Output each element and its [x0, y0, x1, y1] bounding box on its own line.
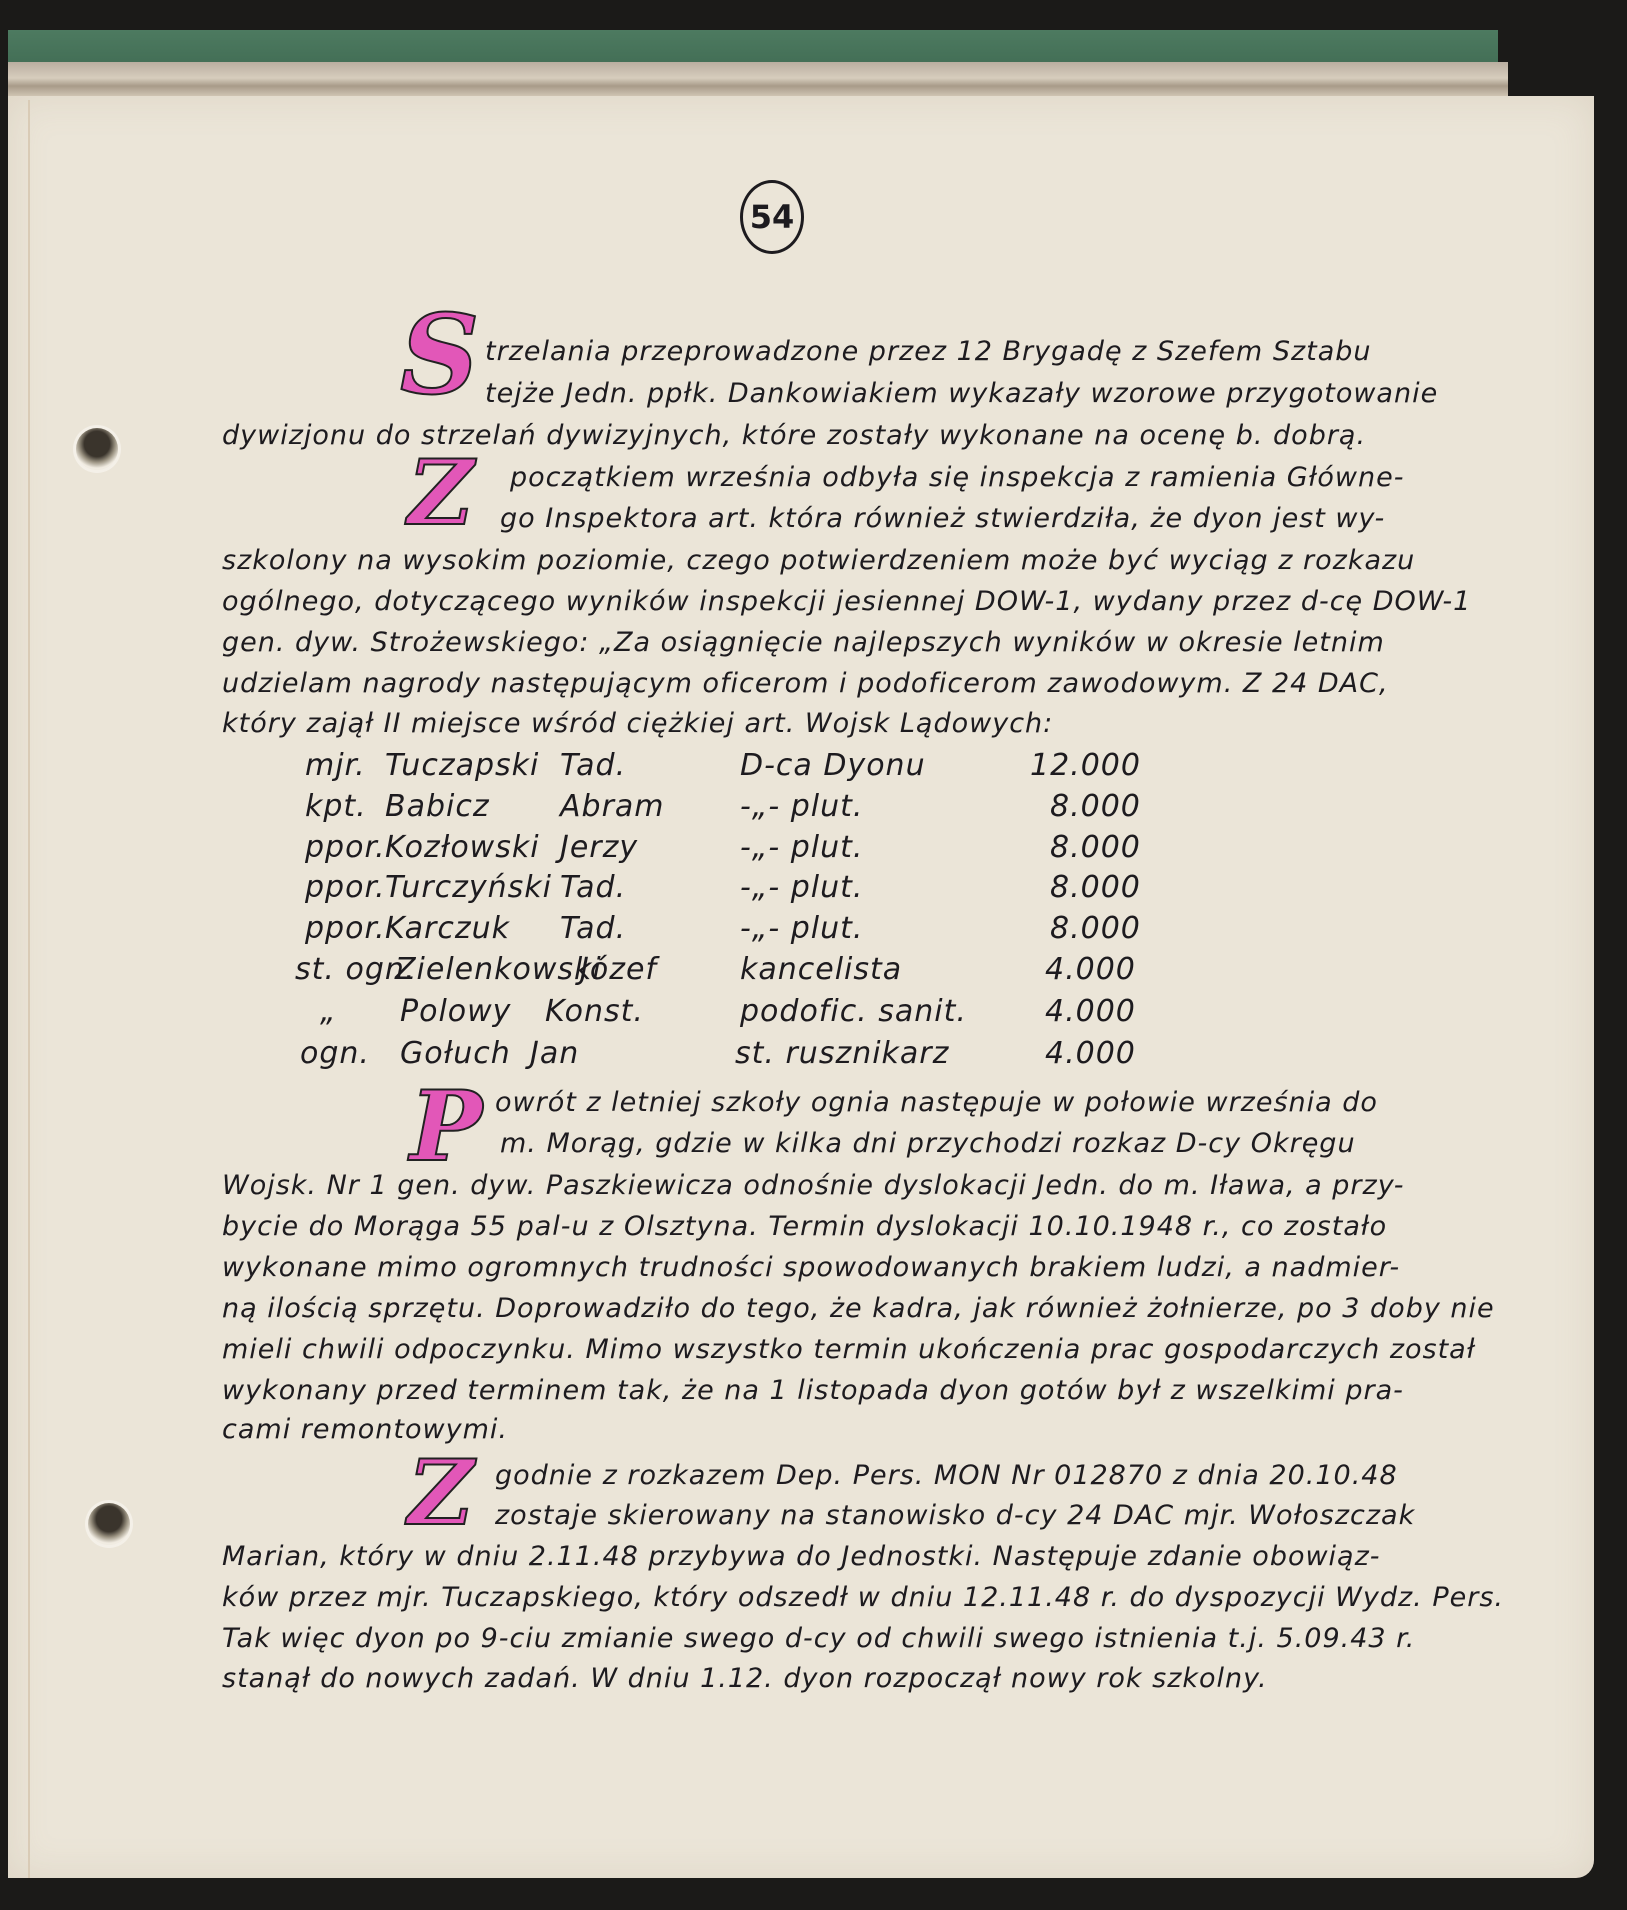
paragraph-line: Tak więc dyon po 9-ciu zmianie swego d-c… — [222, 1623, 1415, 1654]
first-name-cell: Abram — [560, 789, 665, 824]
first-name-cell: Tad. — [560, 870, 626, 905]
paragraph-line: Marian, który w dniu 2.11.48 przybywa do… — [222, 1541, 1381, 1572]
paragraph-line: zostaje skierowany na stanowisko d-cy 24… — [495, 1500, 1415, 1531]
rank-cell: ppor. — [305, 870, 386, 905]
rank-cell: ogn. — [300, 1036, 370, 1071]
first-name-cell: Jerzy — [560, 830, 638, 865]
paragraph-line: początkiem września odbyła się inspekcja… — [510, 462, 1404, 493]
first-name-cell: Józef — [580, 952, 657, 987]
surname-cell: Polowy — [400, 994, 511, 1029]
rank-cell: kpt. — [305, 789, 367, 824]
paragraph-line: godnie z rozkazem Dep. Pers. MON Nr 0128… — [495, 1460, 1398, 1491]
punch-hole-top — [76, 428, 118, 470]
paragraph-line: Wojsk. Nr 1 gen. dyw. Paszkiewicza odnoś… — [222, 1170, 1404, 1201]
decorative-initial-s: S — [400, 290, 479, 419]
paragraph-line: wykonany przed terminem tak, że na 1 lis… — [222, 1375, 1404, 1406]
surname-cell: Zielenkowski — [395, 952, 602, 987]
amount-cell: 8.000 — [1050, 911, 1141, 946]
first-name-cell: Tad. — [560, 748, 626, 783]
surname-cell: Kozłowski — [385, 830, 540, 865]
rank-cell: mjr. — [305, 748, 366, 783]
amount-cell: 8.000 — [1050, 830, 1141, 865]
surname-cell: Babicz — [385, 789, 490, 824]
page-number: 54 — [740, 180, 804, 254]
decorative-initial-p: P — [410, 1070, 482, 1183]
binding-margin-line — [28, 100, 30, 1878]
decorative-initial-z: Z — [408, 440, 474, 546]
first-name-cell: Konst. — [545, 994, 644, 1029]
first-name-cell: Tad. — [560, 911, 626, 946]
paragraph-line: m. Morąg, gdzie w kilka dni przychodzi r… — [500, 1128, 1356, 1159]
paragraph-line: bycie do Morąga 55 pal-u z Olsztyna. Ter… — [222, 1211, 1387, 1242]
position-cell: podofic. sanit. — [740, 994, 967, 1029]
rank-cell: ppor. — [305, 830, 386, 865]
position-cell: -„- plut. — [740, 830, 863, 865]
paragraph-line: ogólnego, dotyczącego wyników inspekcji … — [222, 586, 1471, 617]
paragraph-line: go Inspektora art. która również stwierd… — [500, 503, 1385, 534]
amount-cell: 8.000 — [1050, 789, 1141, 824]
paragraph-line: szkolony na wysokim poziomie, czego potw… — [222, 545, 1415, 576]
surname-cell: Turczyński — [385, 870, 552, 905]
surname-cell: Tuczapski — [385, 748, 539, 783]
rank-cell: „ — [320, 994, 337, 1029]
paragraph-line: dywizjonu do strzelań dywizyjnych, które… — [222, 420, 1366, 451]
paragraph-line: wykonane mimo ogromnych trudności spowod… — [222, 1252, 1400, 1283]
position-cell: -„- plut. — [740, 911, 863, 946]
amount-cell: 12.000 — [1030, 748, 1141, 783]
paragraph-line: trzelania przeprowadzone przez 12 Brygad… — [485, 336, 1372, 367]
paragraph-line: który zajął II miejsce wśród ciężkiej ar… — [222, 708, 1053, 739]
position-cell: D-ca Dyonu — [740, 748, 926, 783]
decorative-initial-z: Z — [408, 1440, 474, 1546]
paragraph-line: gen. dyw. Strożewskiego: „Za osiągnięcie… — [222, 627, 1385, 658]
amount-cell: 4.000 — [1045, 952, 1136, 987]
amount-cell: 4.000 — [1045, 994, 1136, 1029]
surname-cell: Gołuch — [400, 1036, 511, 1071]
surname-cell: Karczuk — [385, 911, 510, 946]
paragraph-line: udzielam nagrody następującym oficerom i… — [222, 668, 1389, 699]
paragraph-line: owrót z letniej szkoły ognia następuje w… — [495, 1087, 1378, 1118]
rank-cell: ppor. — [305, 911, 386, 946]
position-cell: -„- plut. — [740, 789, 863, 824]
position-cell: kancelista — [740, 952, 902, 987]
amount-cell: 4.000 — [1045, 1036, 1136, 1071]
paragraph-line: tejże Jedn. ppłk. Dankowiakiem wykazały … — [485, 378, 1438, 409]
paragraph-line: ków przez mjr. Tuczapskiego, który odsze… — [222, 1582, 1504, 1613]
paragraph-line: stanął do nowych zadań. W dniu 1.12. dyo… — [222, 1663, 1268, 1694]
position-cell: -„- plut. — [740, 870, 863, 905]
position-cell: st. rusznikarz — [735, 1036, 949, 1071]
punch-hole-bottom — [88, 1503, 130, 1545]
amount-cell: 8.000 — [1050, 870, 1141, 905]
first-name-cell: Jan — [530, 1036, 579, 1071]
paragraph-line: ną ilością sprzętu. Doprowadziło do tego… — [222, 1293, 1495, 1324]
paragraph-line: mieli chwili odpoczynku. Mimo wszystko t… — [222, 1334, 1475, 1365]
